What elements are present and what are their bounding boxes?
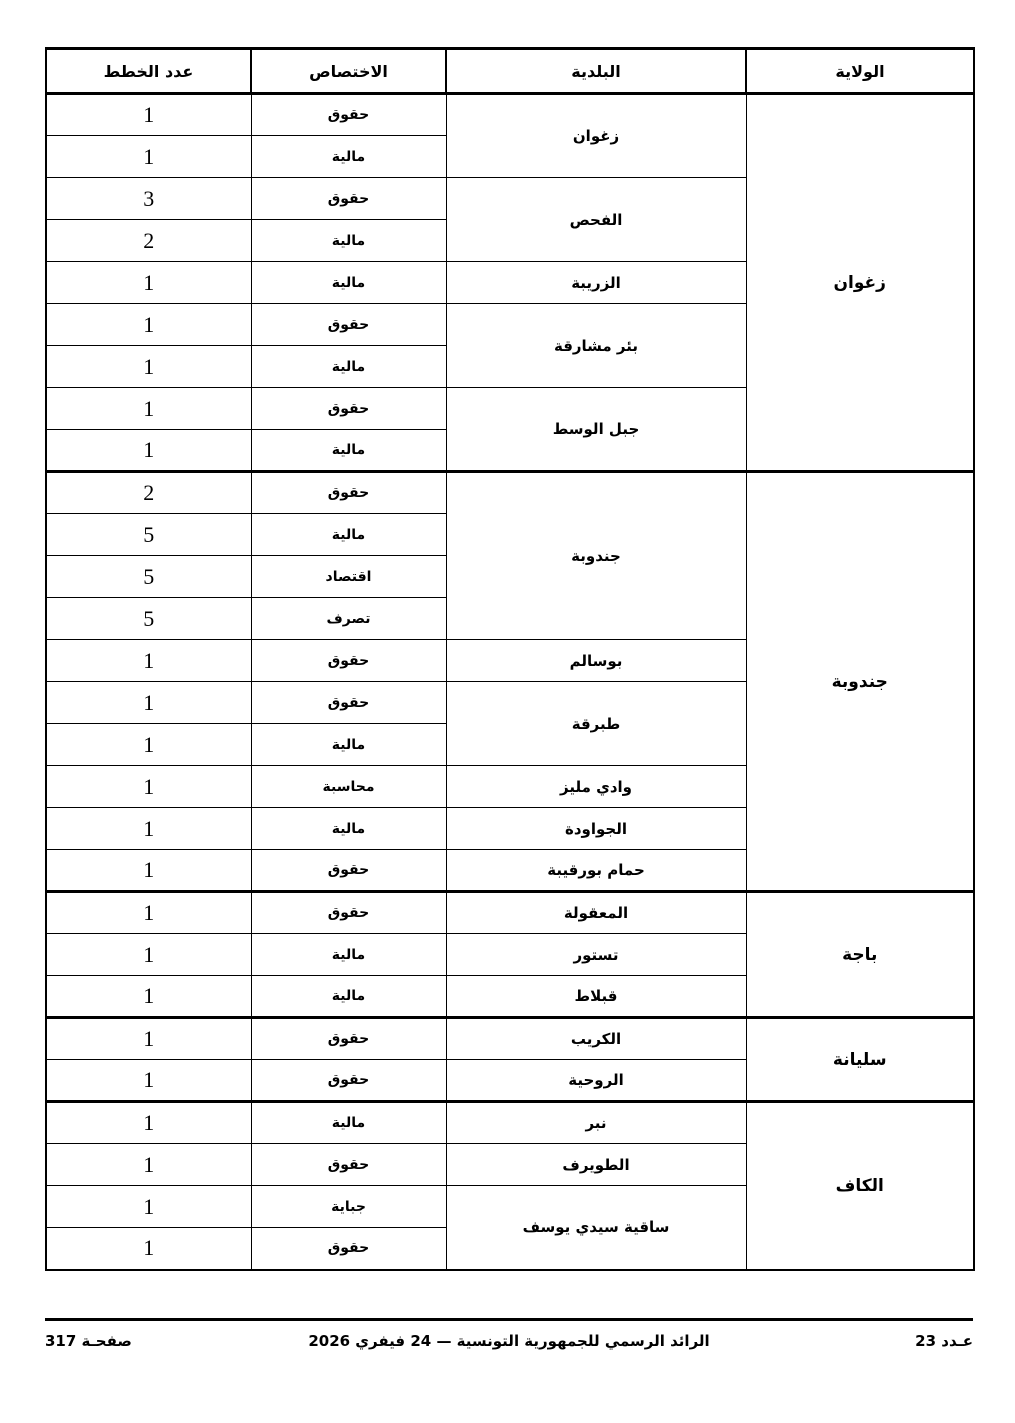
footer-issue-number: عـدد 23 bbox=[915, 1332, 973, 1350]
count-cell: 5 bbox=[46, 598, 251, 640]
specialty-cell: اقتصاد bbox=[251, 556, 446, 598]
count-cell: 3 bbox=[46, 178, 251, 220]
count-cell: 1 bbox=[46, 808, 251, 850]
count-cell: 1 bbox=[46, 934, 251, 976]
count-cell: 1 bbox=[46, 430, 251, 472]
specialty-cell: حقوق bbox=[251, 178, 446, 220]
count-cell: 2 bbox=[46, 472, 251, 514]
municipality-cell: المعقولة bbox=[446, 892, 746, 934]
municipality-cell: جندوبة bbox=[446, 472, 746, 640]
document-page: الولاية البلدية الاختصاص عدد الخطط زغوان… bbox=[0, 0, 1015, 1423]
table-row: الكافنبرمالية1 bbox=[46, 1102, 974, 1144]
count-cell: 1 bbox=[46, 1018, 251, 1060]
governorate-cell: الكاف bbox=[746, 1102, 974, 1270]
count-cell: 1 bbox=[46, 94, 251, 136]
positions-table: الولاية البلدية الاختصاص عدد الخطط زغوان… bbox=[45, 47, 975, 1271]
count-cell: 5 bbox=[46, 514, 251, 556]
specialty-cell: حقوق bbox=[251, 892, 446, 934]
municipality-cell: وادي مليز bbox=[446, 766, 746, 808]
specialty-cell: مالية bbox=[251, 724, 446, 766]
header-governorate: الولاية bbox=[746, 49, 974, 94]
footer-journal-title: الرائد الرسمي للجمهورية التونسية — 24 في… bbox=[308, 1332, 709, 1350]
municipality-cell: الزريبة bbox=[446, 262, 746, 304]
count-cell: 1 bbox=[46, 1228, 251, 1270]
table-row: سليانةالكريبحقوق1 bbox=[46, 1018, 974, 1060]
governorate-cell: جندوبة bbox=[746, 472, 974, 892]
count-cell: 1 bbox=[46, 1186, 251, 1228]
count-cell: 1 bbox=[46, 682, 251, 724]
table-row: زغوانزغوانحقوق1 bbox=[46, 94, 974, 136]
header-count: عدد الخطط bbox=[46, 49, 251, 94]
count-cell: 2 bbox=[46, 220, 251, 262]
table-header: الولاية البلدية الاختصاص عدد الخطط bbox=[46, 49, 974, 94]
specialty-cell: مالية bbox=[251, 514, 446, 556]
count-cell: 1 bbox=[46, 1144, 251, 1186]
municipality-cell: بئر مشارقة bbox=[446, 304, 746, 388]
municipality-cell: زغوان bbox=[446, 94, 746, 178]
municipality-cell: الفحص bbox=[446, 178, 746, 262]
specialty-cell: مالية bbox=[251, 934, 446, 976]
header-row: الولاية البلدية الاختصاص عدد الخطط bbox=[46, 49, 974, 94]
municipality-cell: جبل الوسط bbox=[446, 388, 746, 472]
specialty-cell: حقوق bbox=[251, 850, 446, 892]
specialty-cell: مالية bbox=[251, 346, 446, 388]
count-cell: 1 bbox=[46, 640, 251, 682]
count-cell: 1 bbox=[46, 766, 251, 808]
governorate-cell: باجة bbox=[746, 892, 974, 1018]
table-row: باجةالمعقولةحقوق1 bbox=[46, 892, 974, 934]
specialty-cell: تصرف bbox=[251, 598, 446, 640]
municipality-cell: ساقية سيدي يوسف bbox=[446, 1186, 746, 1270]
specialty-cell: حقوق bbox=[251, 304, 446, 346]
municipality-cell: الكريب bbox=[446, 1018, 746, 1060]
specialty-cell: مالية bbox=[251, 1102, 446, 1144]
count-cell: 1 bbox=[46, 346, 251, 388]
specialty-cell: حقوق bbox=[251, 388, 446, 430]
specialty-cell: حقوق bbox=[251, 640, 446, 682]
count-cell: 1 bbox=[46, 304, 251, 346]
header-municipality: البلدية bbox=[446, 49, 746, 94]
footer-divider bbox=[45, 1318, 973, 1321]
header-specialty: الاختصاص bbox=[251, 49, 446, 94]
specialty-cell: مالية bbox=[251, 220, 446, 262]
specialty-cell: حقوق bbox=[251, 682, 446, 724]
municipality-cell: الروحية bbox=[446, 1060, 746, 1102]
governorate-cell: سليانة bbox=[746, 1018, 974, 1102]
table-row: جندوبةجندوبةحقوق2 bbox=[46, 472, 974, 514]
specialty-cell: مالية bbox=[251, 976, 446, 1018]
count-cell: 1 bbox=[46, 136, 251, 178]
specialty-cell: حقوق bbox=[251, 472, 446, 514]
count-cell: 1 bbox=[46, 1102, 251, 1144]
footer-page-number: صفحـة 317 bbox=[45, 1332, 132, 1350]
specialty-cell: مالية bbox=[251, 430, 446, 472]
specialty-cell: حقوق bbox=[251, 1018, 446, 1060]
page-footer: عـدد 23 الرائد الرسمي للجمهورية التونسية… bbox=[45, 1328, 973, 1360]
specialty-cell: مالية bbox=[251, 808, 446, 850]
municipality-cell: بوسالم bbox=[446, 640, 746, 682]
count-cell: 1 bbox=[46, 976, 251, 1018]
municipality-cell: حمام بورقيبة bbox=[446, 850, 746, 892]
specialty-cell: حقوق bbox=[251, 1228, 446, 1270]
count-cell: 1 bbox=[46, 262, 251, 304]
municipality-cell: الطويرف bbox=[446, 1144, 746, 1186]
specialty-cell: محاسبة bbox=[251, 766, 446, 808]
count-cell: 5 bbox=[46, 556, 251, 598]
specialty-cell: مالية bbox=[251, 136, 446, 178]
specialty-cell: حقوق bbox=[251, 1060, 446, 1102]
count-cell: 1 bbox=[46, 724, 251, 766]
count-cell: 1 bbox=[46, 850, 251, 892]
count-cell: 1 bbox=[46, 892, 251, 934]
count-cell: 1 bbox=[46, 388, 251, 430]
specialty-cell: حقوق bbox=[251, 94, 446, 136]
count-cell: 1 bbox=[46, 1060, 251, 1102]
municipality-cell: تستور bbox=[446, 934, 746, 976]
municipality-cell: الجواودة bbox=[446, 808, 746, 850]
specialty-cell: مالية bbox=[251, 262, 446, 304]
governorate-cell: زغوان bbox=[746, 94, 974, 472]
specialty-cell: جباية bbox=[251, 1186, 446, 1228]
municipality-cell: نبر bbox=[446, 1102, 746, 1144]
municipality-cell: قبلاط bbox=[446, 976, 746, 1018]
specialty-cell: حقوق bbox=[251, 1144, 446, 1186]
table-body: زغوانزغوانحقوق1مالية1الفحصحقوق3مالية2الز… bbox=[46, 94, 974, 1270]
municipality-cell: طبرقة bbox=[446, 682, 746, 766]
